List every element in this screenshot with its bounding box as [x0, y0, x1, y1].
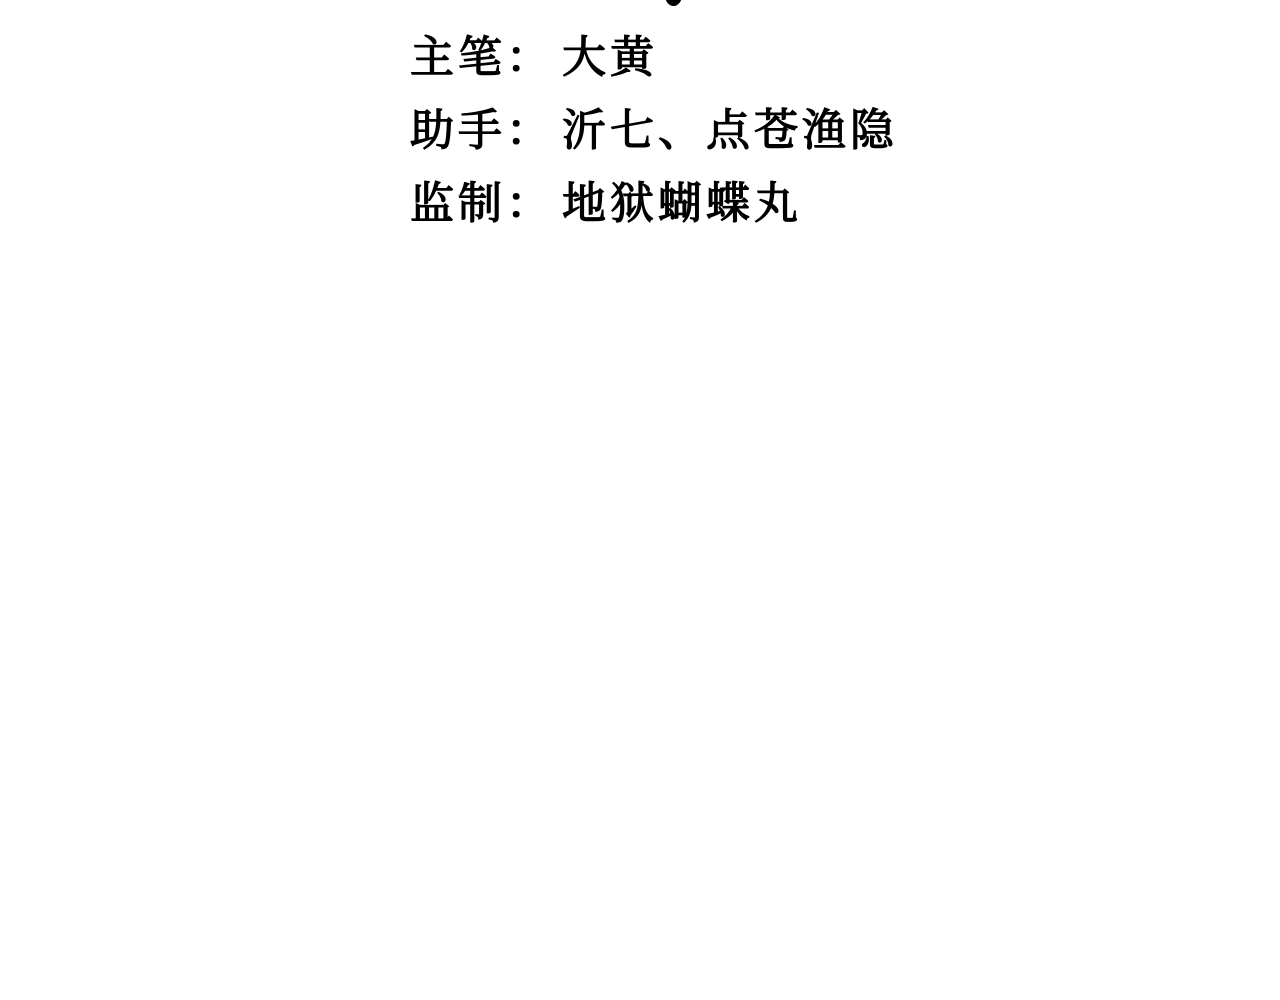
credit-row-assistants: 助手 ： 沂七、点苍渔隐 — [410, 94, 898, 167]
credits-page: 主笔 ： 大黄 助手 ： 沂七、点苍渔隐 监制 ： 地狱蝴蝶丸 — [0, 0, 1280, 1000]
credit-row-chief-artist: 主笔 ： 大黄 — [410, 21, 898, 94]
credit-name-value: 大黄 — [562, 36, 658, 80]
credit-name-value: 沂七、点苍渔隐 — [562, 109, 898, 153]
credit-colon: ： — [506, 182, 554, 226]
credit-row-supervisor: 监制 ： 地狱蝴蝶丸 — [410, 167, 898, 240]
credit-colon: ： — [506, 109, 554, 153]
credits-block: 主笔 ： 大黄 助手 ： 沂七、点苍渔隐 监制 ： 地狱蝴蝶丸 — [410, 21, 898, 240]
credit-role-label: 监制 — [410, 182, 506, 226]
cropped-glyph-fragment — [665, 0, 682, 6]
credit-role-label: 助手 — [410, 109, 506, 153]
credit-colon: ： — [506, 36, 554, 80]
credit-role-label: 主笔 — [410, 36, 506, 80]
credit-name-value: 地狱蝴蝶丸 — [562, 182, 802, 226]
